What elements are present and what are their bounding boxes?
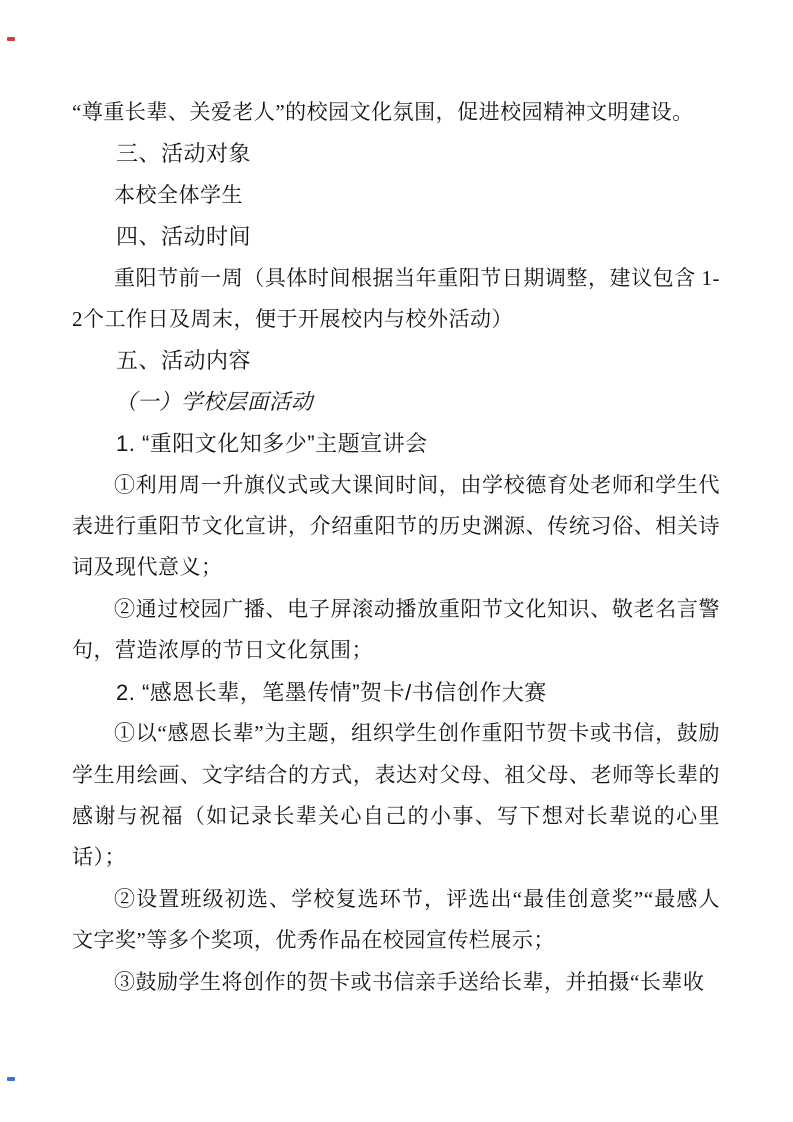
document-page: “尊重长辈、关爱老人”的校园文化氛围，促进校园精神文明建设。 三、活动对象 本校… — [0, 0, 793, 1122]
heading-section-activity-content: 五、活动内容 — [72, 340, 720, 381]
heading-subsection-school-level: （一）学校层面活动 — [72, 382, 720, 423]
paragraph-activity-time: 重阳节前一周（具体时间根据当年重阳节日期调整，建议包含 1-2个工作日及周末，便… — [72, 258, 720, 341]
heading-activity-2-card-contest: 2. “感恩长辈，笔墨传情”贺卡/书信创作大赛 — [72, 672, 720, 713]
paragraph-activity1-item1: ①利用周一升旗仪式或大课间时间，由学校德育处老师和学生代表进行重阳节文化宣讲，介… — [72, 465, 720, 589]
paragraph-activity1-item2: ②通过校园广播、电子屏滚动播放重阳节文化知识、敬老名言警句，营造浓厚的节日文化氛… — [72, 589, 720, 672]
left-margin-red-mark — [7, 37, 15, 41]
paragraph-intro-continuation: “尊重长辈、关爱老人”的校园文化氛围，促进校园精神文明建设。 — [72, 92, 720, 133]
document-content: “尊重长辈、关爱老人”的校园文化氛围，促进校园精神文明建设。 三、活动对象 本校… — [72, 92, 720, 1003]
heading-section-activity-time: 四、活动时间 — [72, 216, 720, 257]
heading-section-activity-target: 三、活动对象 — [72, 133, 720, 174]
paragraph-activity2-item2: ②设置班级初选、学校复选环节，评选出“最佳创意奖”“最感人文字奖”等多个奖项，优… — [72, 879, 720, 962]
heading-activity-1-lecture: 1. “重阳文化知多少”主题宣讲会 — [72, 423, 720, 464]
left-margin-blue-mark — [7, 1077, 15, 1081]
paragraph-activity2-item1: ①以“感恩长辈”为主题，组织学生创作重阳节贺卡或书信，鼓励学生用绘画、文字结合的… — [72, 713, 720, 879]
paragraph-activity-target: 本校全体学生 — [72, 175, 720, 216]
paragraph-activity2-item3-cutoff: ③鼓励学生将创作的贺卡或书信亲手送给长辈，并拍摄“长辈收 — [72, 962, 720, 1003]
